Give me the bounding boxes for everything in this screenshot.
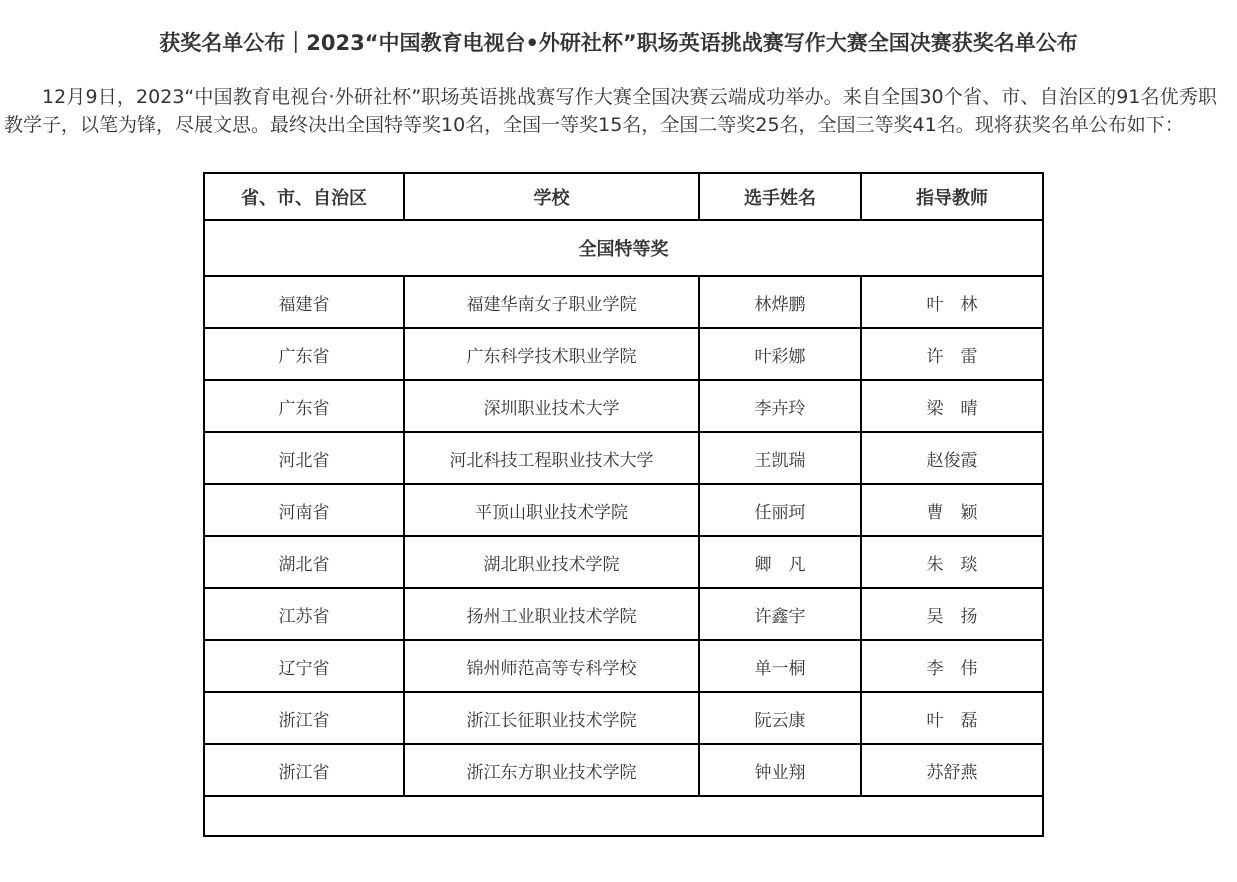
cell-contestant: 王凯瑞 xyxy=(699,432,861,484)
section-row: 全国特等奖 xyxy=(204,220,1043,276)
col-header-contestant: 选手姓名 xyxy=(699,173,861,220)
cell-province: 河北省 xyxy=(204,432,404,484)
cell-teacher: 叶 磊 xyxy=(861,692,1043,744)
cell-school: 扬州工业职业技术学院 xyxy=(404,588,699,640)
cell-contestant: 林烨鹏 xyxy=(699,276,861,328)
cell-contestant: 卿 凡 xyxy=(699,536,861,588)
cell-province: 辽宁省 xyxy=(204,640,404,692)
table-row: 辽宁省 锦州师范高等专科学校 单一桐 李 伟 xyxy=(204,640,1043,692)
cell-contestant: 阮云康 xyxy=(699,692,861,744)
cell-school: 浙江长征职业技术学院 xyxy=(404,692,699,744)
cell-school: 浙江东方职业技术学院 xyxy=(404,744,699,796)
cell-contestant: 许鑫宇 xyxy=(699,588,861,640)
col-header-teacher: 指导教师 xyxy=(861,173,1043,220)
cell-school: 平顶山职业技术学院 xyxy=(404,484,699,536)
next-section-cell xyxy=(204,796,1043,836)
cell-contestant: 叶彩娜 xyxy=(699,328,861,380)
cell-school: 深圳职业技术大学 xyxy=(404,380,699,432)
table-row: 河北省 河北科技工程职业技术大学 王凯瑞 赵俊霞 xyxy=(204,432,1043,484)
table-row: 福建省 福建华南女子职业学院 林烨鹏 叶 林 xyxy=(204,276,1043,328)
awards-table: 省、市、自治区 学校 选手姓名 指导教师 全国特等奖 福建省 福建华南女子职业学… xyxy=(203,172,1044,837)
table-header-row: 省、市、自治区 学校 选手姓名 指导教师 xyxy=(204,173,1043,220)
table-row: 浙江省 浙江长征职业技术学院 阮云康 叶 磊 xyxy=(204,692,1043,744)
section-title: 全国特等奖 xyxy=(204,220,1043,276)
cell-teacher: 苏舒燕 xyxy=(861,744,1043,796)
table-row: 河南省 平顶山职业技术学院 任丽珂 曹 颖 xyxy=(204,484,1043,536)
cell-teacher: 朱 琰 xyxy=(861,536,1043,588)
cell-province: 浙江省 xyxy=(204,744,404,796)
page-title: 获奖名单公布｜2023“中国教育电视台•外研社杯”职场英语挑战赛写作大赛全国决赛… xyxy=(18,30,1219,56)
intro-paragraph: 12月9日，2023“中国教育电视台·外研社杯”职场英语挑战赛写作大赛全国决赛云… xyxy=(4,83,1217,139)
cell-province: 浙江省 xyxy=(204,692,404,744)
cell-province: 江苏省 xyxy=(204,588,404,640)
table-row: 江苏省 扬州工业职业技术学院 许鑫宇 吴 扬 xyxy=(204,588,1043,640)
cell-contestant: 李卉玲 xyxy=(699,380,861,432)
cell-teacher: 曹 颖 xyxy=(861,484,1043,536)
next-section-row-cutoff xyxy=(204,796,1043,836)
cell-province: 广东省 xyxy=(204,380,404,432)
cell-teacher: 吴 扬 xyxy=(861,588,1043,640)
cell-teacher: 叶 林 xyxy=(861,276,1043,328)
cell-school: 福建华南女子职业学院 xyxy=(404,276,699,328)
cell-contestant: 钟业翔 xyxy=(699,744,861,796)
cell-school: 河北科技工程职业技术大学 xyxy=(404,432,699,484)
table-row: 湖北省 湖北职业技术学院 卿 凡 朱 琰 xyxy=(204,536,1043,588)
col-header-school: 学校 xyxy=(404,173,699,220)
table-row: 广东省 广东科学技术职业学院 叶彩娜 许 雷 xyxy=(204,328,1043,380)
cell-contestant: 单一桐 xyxy=(699,640,861,692)
table-row: 广东省 深圳职业技术大学 李卉玲 梁 晴 xyxy=(204,380,1043,432)
cell-teacher: 许 雷 xyxy=(861,328,1043,380)
cell-province: 福建省 xyxy=(204,276,404,328)
cell-school: 锦州师范高等专科学校 xyxy=(404,640,699,692)
cell-contestant: 任丽珂 xyxy=(699,484,861,536)
cell-school: 广东科学技术职业学院 xyxy=(404,328,699,380)
cell-teacher: 李 伟 xyxy=(861,640,1043,692)
awards-table-container: 省、市、自治区 学校 选手姓名 指导教师 全国特等奖 福建省 福建华南女子职业学… xyxy=(203,172,1237,837)
table-row: 浙江省 浙江东方职业技术学院 钟业翔 苏舒燕 xyxy=(204,744,1043,796)
col-header-province: 省、市、自治区 xyxy=(204,173,404,220)
cell-teacher: 梁 晴 xyxy=(861,380,1043,432)
cell-school: 湖北职业技术学院 xyxy=(404,536,699,588)
cell-province: 湖北省 xyxy=(204,536,404,588)
cell-province: 河南省 xyxy=(204,484,404,536)
cell-teacher: 赵俊霞 xyxy=(861,432,1043,484)
cell-province: 广东省 xyxy=(204,328,404,380)
